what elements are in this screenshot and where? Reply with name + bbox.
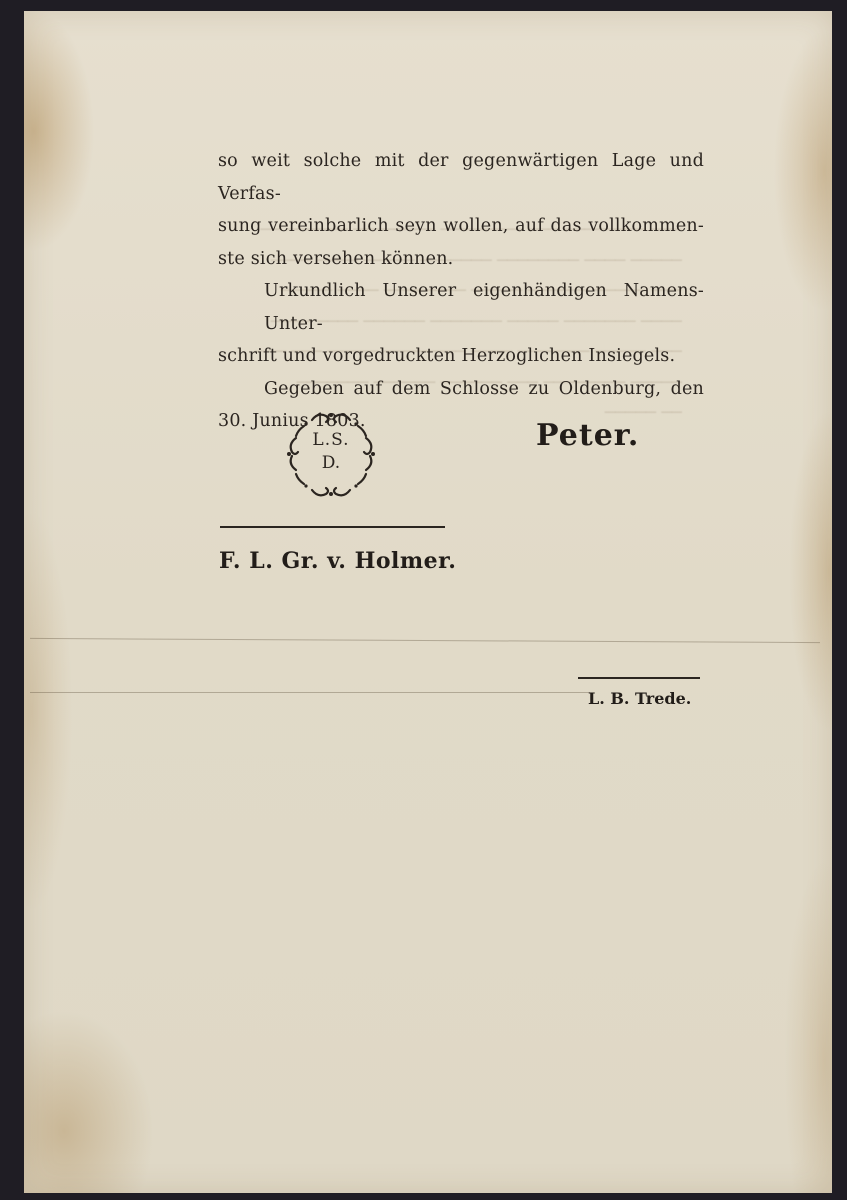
duke-signature: Peter. [536,418,639,453]
decree-body-text: so weit solche mit der gegenwärtigen Lag… [218,145,704,438]
seal-locus-sigilli: L.S. D. [282,408,380,500]
paper-crease [30,692,590,693]
text-line: sung vereinbarlich seyn wollen, auf das … [218,210,704,243]
signature-rule-left [220,526,445,528]
paragraph-conclusion: so weit solche mit der gegenwärtigen Lag… [218,145,704,275]
text-line: ste sich versehen können. [218,243,704,276]
paragraph-attestation: Urkundlich Unserer eigenhändigen Namens-… [218,275,704,373]
text-line: Gegeben auf dem Schlosse zu Oldenburg, d… [218,373,704,406]
countersignature-holmer: F. L. Gr. v. Holmer. [219,548,456,574]
signature-rule-right [578,677,700,679]
seal-text-d: D. [282,453,380,473]
text-line: Urkundlich Unserer eigenhändigen Namens-… [218,275,704,340]
text-line: schrift und vorgedruckten Herzoglichen I… [218,340,704,373]
text-line: so weit solche mit der gegenwärtigen Lag… [218,145,704,210]
countersignature-trede: L. B. Trede. [588,689,691,708]
seal-text-ls: L.S. [282,430,380,450]
